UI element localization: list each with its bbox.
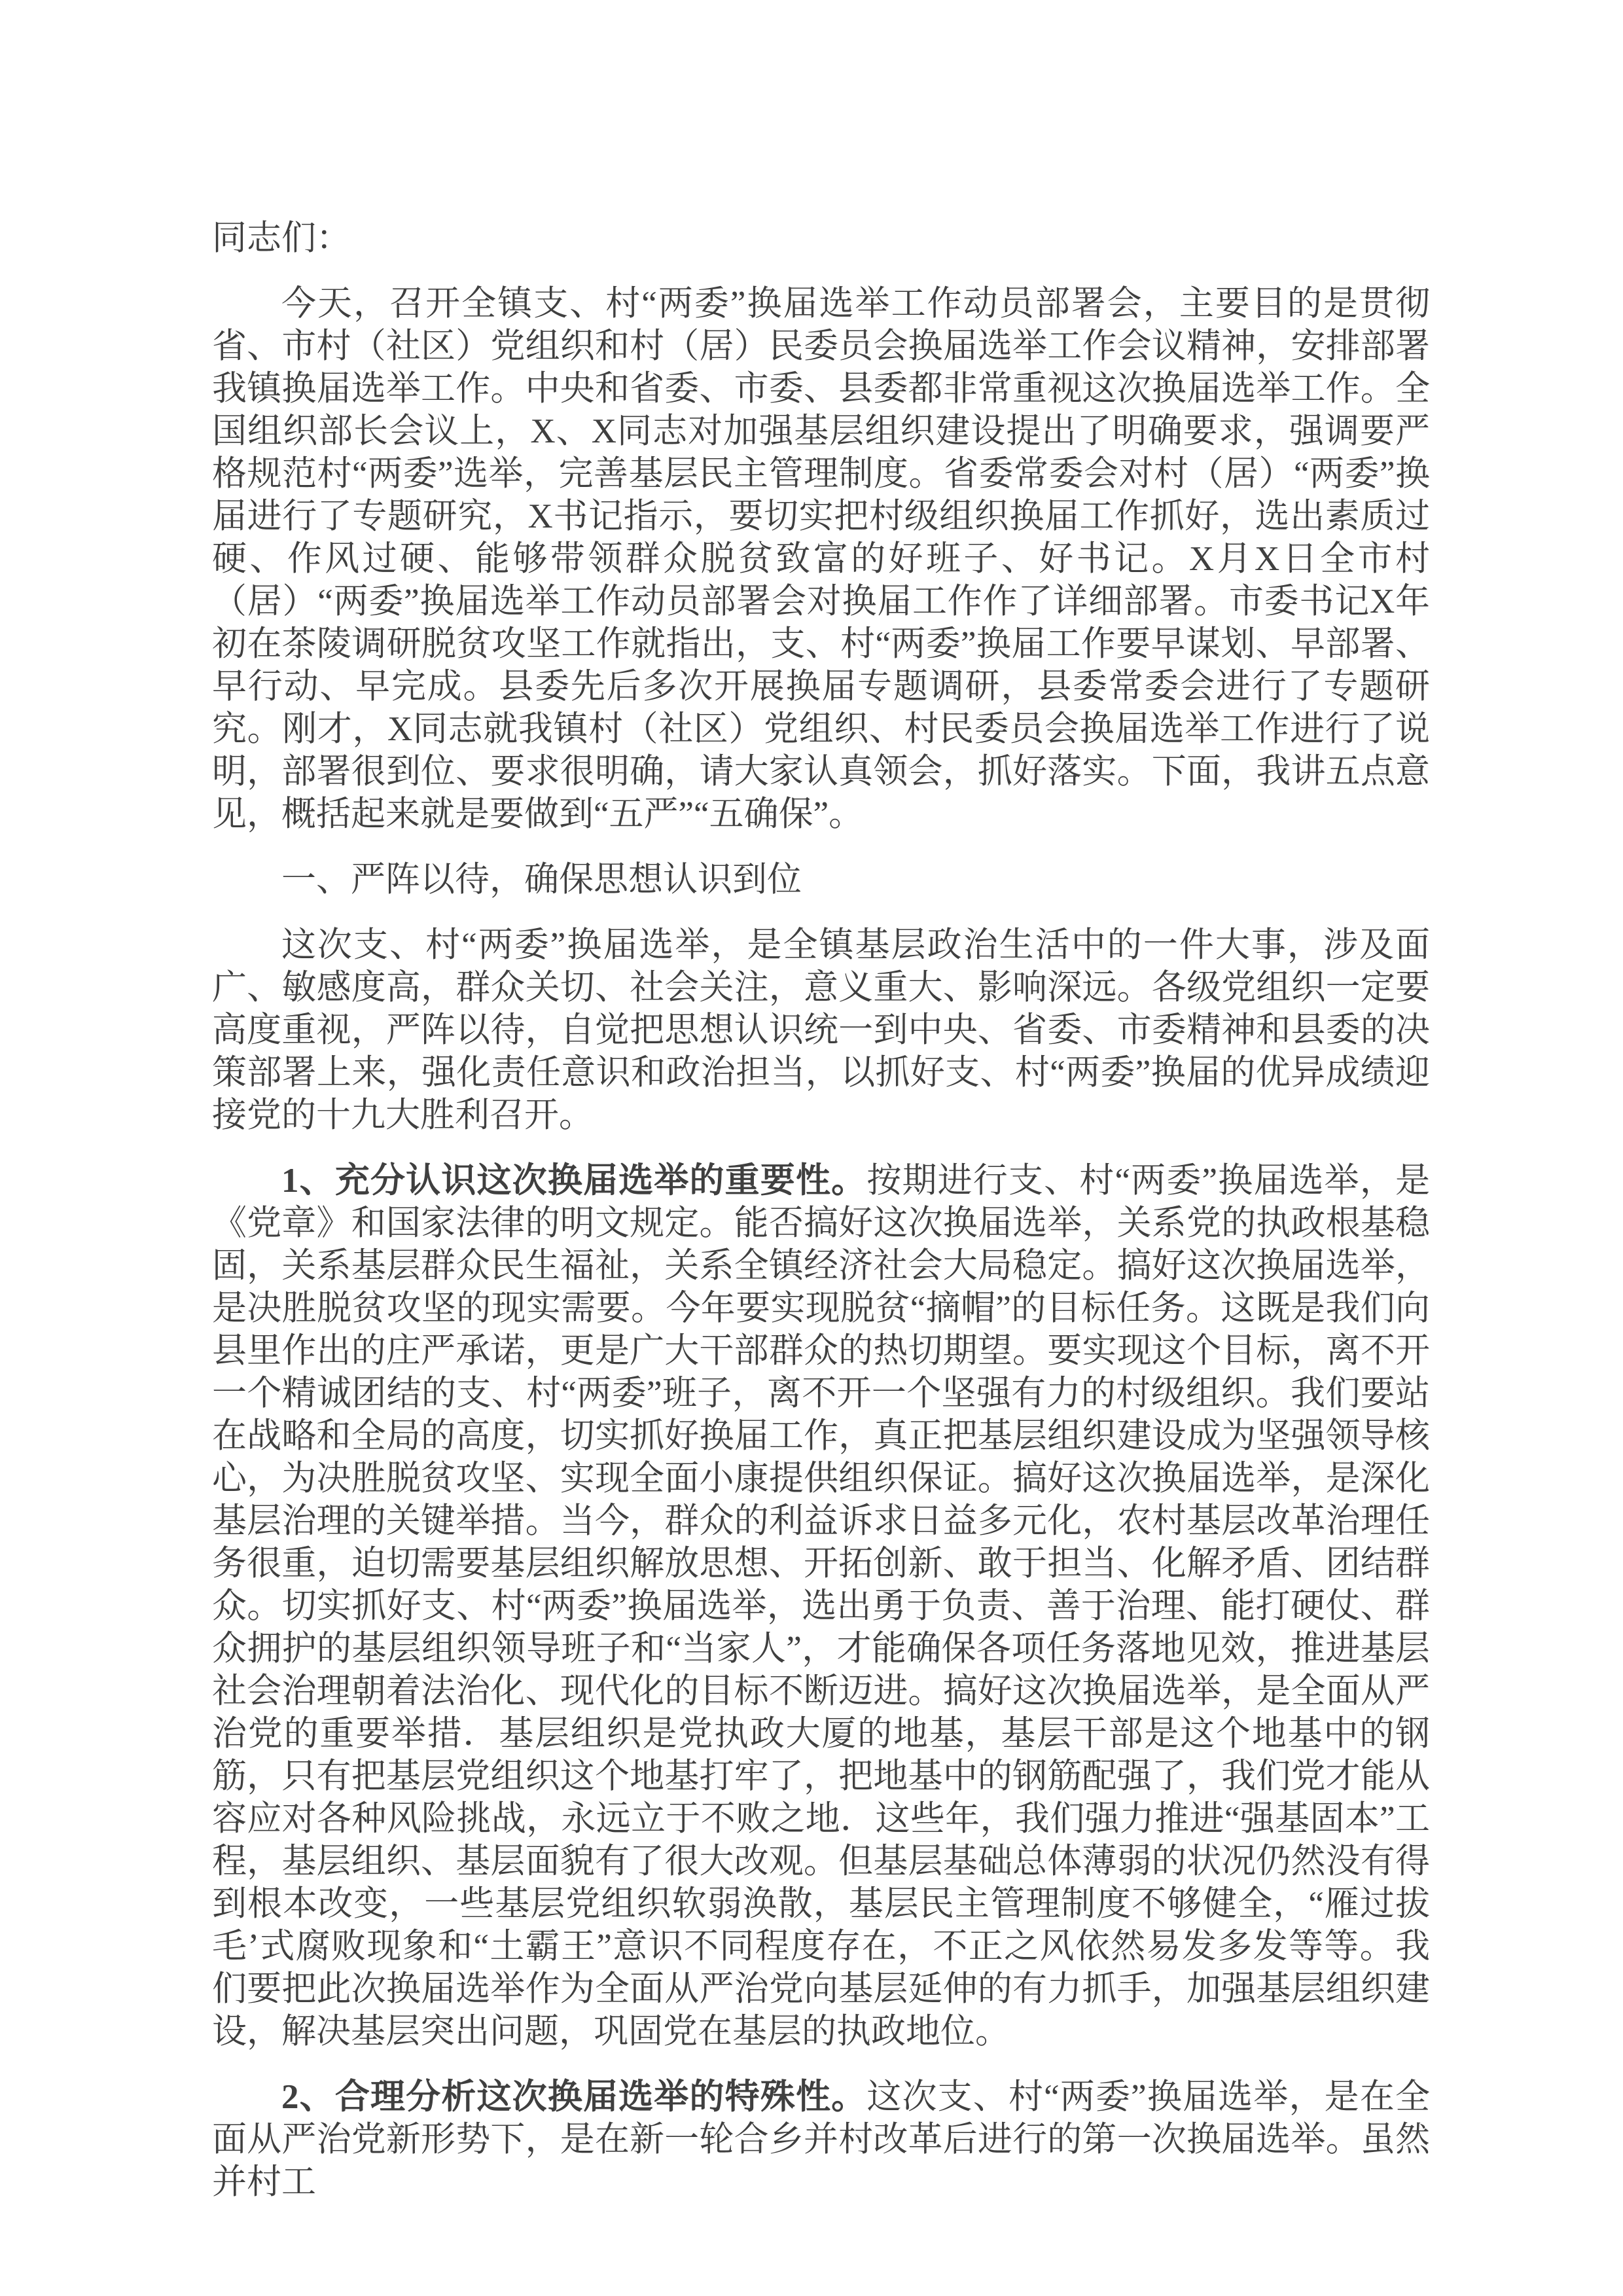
opening-paragraph: 今天，召开全镇支、村“两委”换届选举工作动员部署会，主要目的是贯彻省、市村（社区… [212,283,1430,836]
point-1-paragraph: 1、充分认识这次换届选举的重要性。按期进行支、村“两委”换届选举，是《党章》和国… [212,1160,1430,2053]
point-1-text: 按期进行支、村“两委”换届选举，是《党章》和国家法律的明文规定。能否搞好这次换届… [212,1162,1430,2051]
section-1-intro-paragraph: 这次支、村“两委”换届选举，是全镇基层政治生活中的一件大事，涉及面广、敏感度高，… [212,924,1430,1137]
section-1-heading: 一、严阵以待，确保思想认识到位 [212,859,1430,901]
point-1-lead: 1、充分认识这次换届选举的重要性。 [281,1162,866,1200]
document-body: 同志们： 今天，召开全镇支、村“两委”换届选举工作动员部署会，主要目的是贯彻省、… [212,217,1430,2204]
point-2-lead: 2、合理分析这次换届选举的特殊性。 [281,2078,866,2116]
salutation: 同志们： [212,217,1430,260]
document-page: 同志们： 今天，召开全镇支、村“两委”换届选举工作动员部署会，主要目的是贯彻省、… [0,0,1623,2296]
point-2-paragraph: 2、合理分析这次换届选举的特殊性。这次支、村“两委”换届选举，是在全面从严治党新… [212,2076,1430,2204]
